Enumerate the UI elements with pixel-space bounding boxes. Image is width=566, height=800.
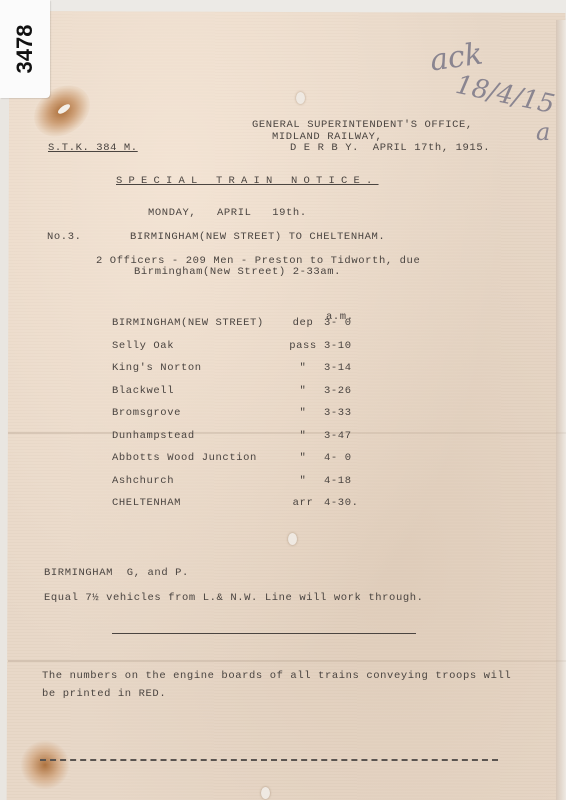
train-description-cont: Birmingham(New Street) 2-33am. [134,266,341,278]
train-number: No.3. [47,231,82,243]
station-action: dep [282,312,324,335]
table-row: Abbotts Wood Junction " 4- 0 [112,447,374,470]
station-action: " [282,470,324,493]
station-time: 4-18 [324,470,374,493]
station-time: 3-14 [324,357,374,380]
document-title: SPECIAL TRAIN NOTICE. [116,175,379,187]
station-name: Ashchurch [112,470,282,493]
station-name: Abbotts Wood Junction [112,447,282,470]
train-date: MONDAY, APRIL 19th. [148,207,307,219]
station-time: 4- 0 [324,447,374,470]
station-time: 3-47 [324,425,374,448]
engine-boards-note: The numbers on the engine boards of all … [42,670,511,682]
pin-hole [296,92,305,104]
train-route: BIRMINGHAM(NEW STREET) TO CHELTENHAM. [130,231,385,243]
table-row: Bromsgrove " 3-33 [112,402,374,425]
station-time: 3-33 [324,402,374,425]
station-name: Selly Oak [112,335,282,358]
station-action: " [282,402,324,425]
station-name: Dunhampstead [112,425,282,448]
station-name: Bromsgrove [112,402,282,425]
vehicles-note: Equal 7½ vehicles from L.& N.W. Line wil… [44,592,424,604]
station-name: Blackwell [112,380,282,403]
section-heading: BIRMINGHAM G, and P. [44,567,189,579]
archive-label: 3478 [0,0,50,98]
page-edge-shadow [556,20,566,800]
station-time: 4-30. [324,492,374,515]
table-row: King's Norton " 3-14 [112,357,374,380]
station-time: 3- 0 [324,312,374,335]
station-action: " [282,447,324,470]
station-name: King's Norton [112,357,282,380]
station-action: arr [282,492,324,515]
table-row: Ashchurch " 4-18 [112,470,374,493]
table-row: Blackwell " 3-26 [112,380,374,403]
table-row: Selly Oak pass 3-10 [112,335,374,358]
timetable: BIRMINGHAM(NEW STREET) dep 3- 0 Selly Oa… [112,312,374,515]
pin-hole [288,533,297,545]
table-row: Dunhampstead " 3-47 [112,425,374,448]
station-name: BIRMINGHAM(NEW STREET) [112,312,282,335]
engine-boards-note-cont: be printed in RED. [42,688,166,700]
table-row: CHELTENHAM arr 4-30. [112,492,374,515]
handwritten-ack: ack [428,36,485,78]
archive-number: 3478 [12,25,38,74]
station-time: 3-26 [324,380,374,403]
station-action: " [282,425,324,448]
office-name: GENERAL SUPERINTENDENT'S OFFICE, [252,119,473,131]
station-action: " [282,380,324,403]
end-separator-line [40,759,498,761]
fold-crease [8,660,566,662]
station-time: 3-10 [324,335,374,358]
handwritten-margin-fragment: a [536,118,550,146]
reference-number: S.T.K. 384 M. [48,142,138,154]
place-and-date: D E R B Y. APRIL 17th, 1915. [290,142,490,154]
table-row: BIRMINGHAM(NEW STREET) dep 3- 0 [112,312,374,335]
pin-hole [261,787,270,799]
station-action: pass [282,335,324,358]
station-action: " [282,357,324,380]
station-name: CHELTENHAM [112,492,282,515]
separator-line [112,633,416,634]
